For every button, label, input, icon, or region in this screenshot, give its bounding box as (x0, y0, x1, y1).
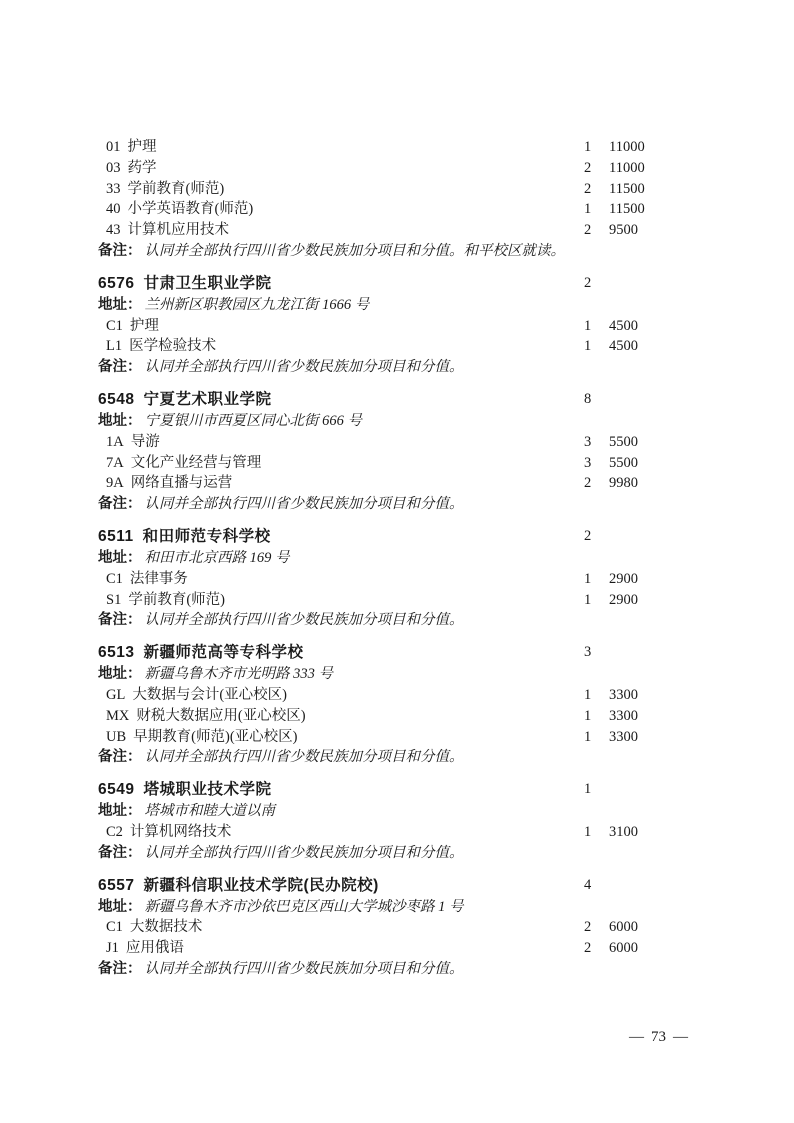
remark-label: 备注： (98, 243, 142, 259)
remark-text: 认同并全部执行四川省少数民族加分项目和分值。 (145, 749, 464, 765)
major-count: 1 (584, 336, 591, 357)
address-text: 宁夏银川市西夏区同心北街 666 号 (145, 413, 363, 429)
major-row: C1法律事务 1 2900 (98, 569, 718, 590)
major-count: 1 (584, 822, 591, 843)
school-header: 6548宁夏艺术职业学院 8 (98, 388, 718, 411)
school-header: 6557新疆科信职业技术学院(民办院校) 4 (98, 874, 718, 897)
remark-text: 认同并全部执行四川省少数民族加分项目和分值。 (145, 845, 464, 861)
remark-row: 备注：认同并全部执行四川省少数民族加分项目和分值。和平校区就读。 (98, 241, 718, 262)
major-tuition: 4500 (609, 336, 638, 357)
major-tuition: 11000 (609, 158, 645, 179)
address-label: 地址： (98, 413, 142, 429)
continued-majors: 01护理 1 11000 03药学 2 11000 33学前教育(师范) 2 1… (98, 137, 718, 241)
school-header: 6576甘肃卫生职业学院 2 (98, 272, 718, 295)
major-tuition: 2900 (609, 590, 638, 611)
major-count: 1 (584, 706, 591, 727)
major-name: 法律事务 (130, 571, 188, 587)
major-code: 43 (106, 222, 121, 238)
remark-text: 认同并全部执行四川省少数民族加分项目和分值。 (145, 612, 464, 628)
major-tuition: 5500 (609, 453, 638, 474)
school-count: 3 (584, 641, 591, 664)
school-count: 1 (584, 778, 591, 801)
remark-text: 认同并全部执行四川省少数民族加分项目和分值。和平校区就读。 (145, 243, 566, 259)
address-label: 地址： (98, 666, 142, 682)
major-tuition: 11000 (609, 137, 645, 158)
major-name: 护理 (130, 318, 159, 334)
major-count: 2 (584, 220, 591, 241)
school-name: 和田师范专科学校 (143, 528, 271, 545)
major-row: 7A文化产业经营与管理 3 5500 (98, 453, 718, 474)
school-block: 6557新疆科信职业技术学院(民办院校) 4 地址：新疆乌鲁木齐市沙依巴克区西山… (98, 874, 718, 980)
address-row: 地址：新疆乌鲁木齐市光明路 333 号 (98, 664, 718, 685)
major-tuition: 3300 (609, 727, 638, 748)
major-name: 医学检验技术 (129, 338, 216, 354)
address-label: 地址： (98, 297, 142, 313)
remark-text: 认同并全部执行四川省少数民族加分项目和分值。 (145, 496, 464, 512)
major-code: C1 (106, 571, 123, 587)
major-count: 2 (584, 158, 591, 179)
address-row: 地址：和田市北京西路 169 号 (98, 548, 718, 569)
page-number: —73— (622, 1027, 695, 1047)
major-code: 33 (106, 181, 121, 197)
major-row: UB早期教育(师范)(亚心校区) 1 3300 (98, 727, 718, 748)
major-tuition: 4500 (609, 316, 638, 337)
majors: C1护理 1 4500 L1医学检验技术 1 4500 (98, 316, 718, 358)
school-name: 甘肃卫生职业学院 (143, 275, 271, 292)
address-row: 地址：宁夏银川市西夏区同心北街 666 号 (98, 411, 718, 432)
major-code: 03 (106, 160, 121, 176)
major-count: 2 (584, 938, 591, 959)
major-name: 护理 (128, 139, 157, 155)
major-name: 文化产业经营与管理 (131, 455, 262, 471)
content: 01护理 1 11000 03药学 2 11000 33学前教育(师范) 2 1… (98, 137, 718, 980)
school-count: 2 (584, 525, 591, 548)
address-row: 地址：新疆乌鲁木齐市沙依巴克区西山大学城沙枣路 1 号 (98, 897, 718, 918)
school-block: 6576甘肃卫生职业学院 2 地址：兰州新区职教园区九龙江街 1666 号 C1… (98, 272, 718, 378)
major-tuition: 3100 (609, 822, 638, 843)
document-page: 01护理 1 11000 03药学 2 11000 33学前教育(师范) 2 1… (0, 0, 794, 1123)
major-code: S1 (106, 592, 121, 608)
major-name: 学前教育(师范) (128, 181, 225, 197)
school-block: 6511和田师范专科学校 2 地址：和田市北京西路 169 号 C1法律事务 1… (98, 525, 718, 631)
school-block: 6549塔城职业技术学院 1 地址：塔城市和睦大道以南 C2计算机网络技术 1 … (98, 778, 718, 863)
address-row: 地址：塔城市和睦大道以南 (98, 801, 718, 822)
major-code: L1 (106, 338, 122, 354)
remark-row: 备注：认同并全部执行四川省少数民族加分项目和分值。 (98, 747, 718, 768)
major-tuition: 9980 (609, 473, 638, 494)
major-count: 3 (584, 432, 591, 453)
major-row: C1护理 1 4500 (98, 316, 718, 337)
school-block: 6548宁夏艺术职业学院 8 地址：宁夏银川市西夏区同心北街 666 号 1A导… (98, 388, 718, 515)
major-tuition: 11500 (609, 179, 645, 200)
remark-row: 备注：认同并全部执行四川省少数民族加分项目和分值。 (98, 610, 718, 631)
major-count: 1 (584, 316, 591, 337)
school-name: 新疆师范高等专科学校 (143, 644, 303, 661)
majors: C2计算机网络技术 1 3100 (98, 822, 718, 843)
address-text: 塔城市和睦大道以南 (145, 803, 276, 819)
remark-row: 备注：认同并全部执行四川省少数民族加分项目和分值。 (98, 357, 718, 378)
remark-text: 认同并全部执行四川省少数民族加分项目和分值。 (145, 961, 464, 977)
major-name: 学前教育(师范) (128, 592, 225, 608)
major-code: C1 (106, 318, 123, 334)
school-code: 6513 (98, 644, 134, 661)
major-row: 03药学 2 11000 (98, 158, 718, 179)
major-tuition: 11500 (609, 199, 645, 220)
major-name: 药学 (128, 160, 157, 176)
major-tuition: 5500 (609, 432, 638, 453)
school-name: 宁夏艺术职业学院 (143, 391, 271, 408)
majors: 1A导游 3 5500 7A文化产业经营与管理 3 5500 9A网络直播与运营… (98, 432, 718, 494)
school-code: 6576 (98, 275, 134, 292)
address-text: 和田市北京西路 169 号 (145, 550, 290, 566)
major-row: J1应用俄语 2 6000 (98, 938, 718, 959)
major-count: 2 (584, 179, 591, 200)
major-name: 网络直播与运营 (131, 475, 233, 491)
major-name: 大数据与会计(亚心校区) (132, 687, 287, 703)
remark-row: 备注：认同并全部执行四川省少数民族加分项目和分值。 (98, 494, 718, 515)
majors: C1大数据技术 2 6000 J1应用俄语 2 6000 (98, 917, 718, 959)
major-name: 大数据技术 (130, 919, 203, 935)
major-name: 导游 (131, 434, 160, 450)
address-label: 地址： (98, 803, 142, 819)
major-name: 应用俄语 (126, 940, 184, 956)
major-code: C1 (106, 919, 123, 935)
major-row: C1大数据技术 2 6000 (98, 917, 718, 938)
remark-label: 备注： (98, 749, 142, 765)
address-label: 地址： (98, 899, 142, 915)
major-code: J1 (106, 940, 119, 956)
major-row: 9A网络直播与运营 2 9980 (98, 473, 718, 494)
school-header: 6549塔城职业技术学院 1 (98, 778, 718, 801)
address-row: 地址：兰州新区职教园区九龙江街 1666 号 (98, 295, 718, 316)
major-code: GL (106, 687, 125, 703)
remark-label: 备注： (98, 961, 142, 977)
footer-dash-left: — (629, 1029, 644, 1045)
major-name: 计算机网络技术 (130, 824, 232, 840)
major-code: 1A (106, 434, 124, 450)
remark-label: 备注： (98, 359, 142, 375)
address-text: 兰州新区职教园区九龙江街 1666 号 (145, 297, 370, 313)
major-tuition: 6000 (609, 938, 638, 959)
major-row: MX财税大数据应用(亚心校区) 1 3300 (98, 706, 718, 727)
school-header: 6511和田师范专科学校 2 (98, 525, 718, 548)
major-tuition: 2900 (609, 569, 638, 590)
school-header: 6513新疆师范高等专科学校 3 (98, 641, 718, 664)
majors: C1法律事务 1 2900 S1学前教育(师范) 1 2900 (98, 569, 718, 611)
major-row: S1学前教育(师范) 1 2900 (98, 590, 718, 611)
major-name: 早期教育(师范)(亚心校区) (133, 729, 297, 745)
major-code: UB (106, 729, 126, 745)
major-row: 40小学英语教育(师范) 1 11500 (98, 199, 718, 220)
footer-dash-right: — (673, 1029, 688, 1045)
major-name: 财税大数据应用(亚心校区) (136, 708, 305, 724)
major-code: C2 (106, 824, 123, 840)
major-code: 9A (106, 475, 124, 491)
majors: GL大数据与会计(亚心校区) 1 3300 MX财税大数据应用(亚心校区) 1 … (98, 685, 718, 747)
major-count: 2 (584, 473, 591, 494)
address-text: 新疆乌鲁木齐市光明路 333 号 (145, 666, 334, 682)
major-row: GL大数据与会计(亚心校区) 1 3300 (98, 685, 718, 706)
school-name: 塔城职业技术学院 (143, 781, 271, 798)
school-name: 新疆科信职业技术学院(民办院校) (143, 877, 378, 894)
major-count: 1 (584, 569, 591, 590)
major-row: 01护理 1 11000 (98, 137, 718, 158)
remark-label: 备注： (98, 496, 142, 512)
major-count: 2 (584, 917, 591, 938)
school-count: 2 (584, 272, 591, 295)
major-count: 1 (584, 727, 591, 748)
remark-text: 认同并全部执行四川省少数民族加分项目和分值。 (145, 359, 464, 375)
address-label: 地址： (98, 550, 142, 566)
remark-row: 备注：认同并全部执行四川省少数民族加分项目和分值。 (98, 843, 718, 864)
major-tuition: 3300 (609, 706, 638, 727)
school-count: 4 (584, 874, 591, 897)
major-tuition: 9500 (609, 220, 638, 241)
major-name: 计算机应用技术 (128, 222, 230, 238)
remark-label: 备注： (98, 612, 142, 628)
school-code: 6557 (98, 877, 134, 894)
footer-number: 73 (651, 1029, 666, 1045)
major-row: 33学前教育(师范) 2 11500 (98, 179, 718, 200)
major-name: 小学英语教育(师范) (128, 201, 254, 217)
remark-label: 备注： (98, 845, 142, 861)
major-count: 3 (584, 453, 591, 474)
major-tuition: 3300 (609, 685, 638, 706)
school-code: 6511 (98, 528, 134, 545)
major-tuition: 6000 (609, 917, 638, 938)
major-code: 40 (106, 201, 121, 217)
major-code: 01 (106, 139, 121, 155)
major-count: 1 (584, 685, 591, 706)
school-code: 6549 (98, 781, 134, 798)
remark-row: 备注：认同并全部执行四川省少数民族加分项目和分值。 (98, 959, 718, 980)
major-count: 1 (584, 137, 591, 158)
school-blocks: 6576甘肃卫生职业学院 2 地址：兰州新区职教园区九龙江街 1666 号 C1… (98, 272, 718, 980)
major-row: 1A导游 3 5500 (98, 432, 718, 453)
major-row: 43计算机应用技术 2 9500 (98, 220, 718, 241)
major-row: C2计算机网络技术 1 3100 (98, 822, 718, 843)
school-code: 6548 (98, 391, 134, 408)
major-row: L1医学检验技术 1 4500 (98, 336, 718, 357)
address-text: 新疆乌鲁木齐市沙依巴克区西山大学城沙枣路 1 号 (145, 899, 464, 915)
major-count: 1 (584, 590, 591, 611)
major-code: MX (106, 708, 129, 724)
school-count: 8 (584, 388, 591, 411)
school-block: 6513新疆师范高等专科学校 3 地址：新疆乌鲁木齐市光明路 333 号 GL大… (98, 641, 718, 768)
school-block-continued: 01护理 1 11000 03药学 2 11000 33学前教育(师范) 2 1… (98, 137, 718, 262)
major-count: 1 (584, 199, 591, 220)
major-code: 7A (106, 455, 124, 471)
